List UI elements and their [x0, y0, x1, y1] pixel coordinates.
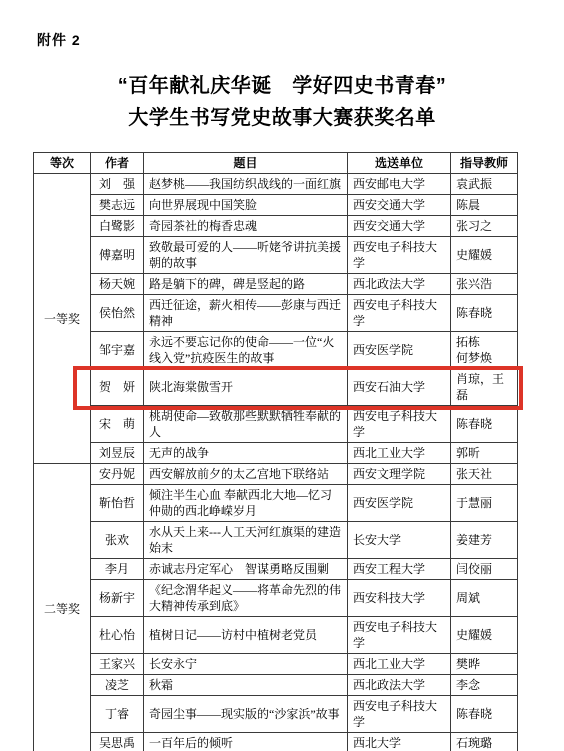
teacher-cell: 袁武振	[451, 174, 518, 195]
unit-cell: 西安工程大学	[348, 559, 451, 580]
author-cell: 宋 萌	[91, 406, 144, 443]
teacher-cell: 樊晔	[451, 654, 518, 675]
author-cell: 杨新宇	[91, 580, 144, 617]
teacher-cell: 陈春晓	[451, 696, 518, 733]
author-cell: 李月	[91, 559, 144, 580]
column-header: 指导教师	[451, 153, 518, 174]
author-cell: 刘昱辰	[91, 443, 144, 464]
column-header: 作者	[91, 153, 144, 174]
table-row: 宋 萌桃胡使命—致敬那些默默牺牲奉献的人西安电子科技大学陈春晓	[34, 406, 518, 443]
table-row: 二等奖安丹妮西安解放前夕的太乙宫地下联络站西安文理学院张天社	[34, 464, 518, 485]
title-cell: 倾注半生心血 奉献西北大地—忆习仲勋的西北峥嵘岁月	[144, 485, 348, 522]
title-cell: 桃胡使命—致敬那些默默牺牲奉献的人	[144, 406, 348, 443]
title-cell: 无声的战争	[144, 443, 348, 464]
table-row: 王家兴长安永宁西北工业大学樊晔	[34, 654, 518, 675]
title-line-2: 大学生书写党史故事大赛获奖名单	[0, 102, 564, 134]
unit-cell: 西北工业大学	[348, 654, 451, 675]
unit-cell: 西安交通大学	[348, 216, 451, 237]
title-cell: 秋霜	[144, 675, 348, 696]
teacher-cell: 陈春晓	[451, 295, 518, 332]
teacher-cell: 郭昕	[451, 443, 518, 464]
table-row: 刘昱辰无声的战争西北工业大学郭昕	[34, 443, 518, 464]
teacher-cell: 石琬璐	[451, 733, 518, 751]
table-row: 侯怡然西迁征途，薪火相传——彭康与西迁精神西安电子科技大学陈春晓	[34, 295, 518, 332]
table-row: 凌芝秋霜西北政法大学李念	[34, 675, 518, 696]
table-row: 一等奖刘 强赵梦桃——我国纺织战线的一面红旗西安邮电大学袁武振	[34, 174, 518, 195]
table-row: 贺 妍陕北海棠傲雪开西安石油大学肖琼，王磊	[34, 369, 518, 406]
author-cell: 吴思禹	[91, 733, 144, 751]
author-cell: 侯怡然	[91, 295, 144, 332]
unit-cell: 西北工业大学	[348, 443, 451, 464]
document-title: “百年献礼庆华诞 学好四史书青春” 大学生书写党史故事大赛获奖名单	[0, 70, 564, 134]
attachment-label: 附件 2	[37, 30, 81, 50]
unit-cell: 西安电子科技大学	[348, 617, 451, 654]
column-header: 题目	[144, 153, 348, 174]
teacher-cell: 陈晨	[451, 195, 518, 216]
author-cell: 杨天婉	[91, 274, 144, 295]
table-row: 杨天婉路是躺下的碑，碑是竖起的路西北政法大学张兴浩	[34, 274, 518, 295]
author-cell: 樊志远	[91, 195, 144, 216]
unit-cell: 西安电子科技大学	[348, 696, 451, 733]
title-cell: 永远不要忘记你的使命——一位“火线入党”抗疫医生的故事	[144, 332, 348, 369]
document-page: 附件 2 “百年献礼庆华诞 学好四史书青春” 大学生书写党史故事大赛获奖名单 等…	[0, 0, 564, 751]
title-line-1: “百年献礼庆华诞 学好四史书青春”	[0, 70, 564, 102]
table-row: 白鹭影奇园茶社的梅香忠魂西安交通大学张习之	[34, 216, 518, 237]
title-cell: 路是躺下的碑，碑是竖起的路	[144, 274, 348, 295]
table-row: 樊志远向世界展现中国笑脸西安交通大学陈晨	[34, 195, 518, 216]
teacher-cell: 于慧丽	[451, 485, 518, 522]
author-cell: 丁睿	[91, 696, 144, 733]
author-cell: 傅嘉明	[91, 237, 144, 274]
title-cell: 陕北海棠傲雪开	[144, 369, 348, 406]
unit-cell: 西安医学院	[348, 332, 451, 369]
title-cell: 一百年后的倾听	[144, 733, 348, 751]
unit-cell: 西北政法大学	[348, 675, 451, 696]
author-cell: 张欢	[91, 522, 144, 559]
title-cell: 赤诚志丹定军心 智谋勇略反围剿	[144, 559, 348, 580]
author-cell: 贺 妍	[91, 369, 144, 406]
teacher-cell: 周斌	[451, 580, 518, 617]
table-header-row: 等次作者题目选送单位指导教师	[34, 153, 518, 174]
table-row: 李月赤诚志丹定军心 智谋勇略反围剿西安工程大学闫佼丽	[34, 559, 518, 580]
table-row: 杨新宇《纪念渭华起义——将革命先烈的伟大精神传承到底》西安科技大学周斌	[34, 580, 518, 617]
title-cell: 植树日记——访村中植树老党员	[144, 617, 348, 654]
teacher-cell: 李念	[451, 675, 518, 696]
author-cell: 杜心怡	[91, 617, 144, 654]
title-cell: 西安解放前夕的太乙宫地下联络站	[144, 464, 348, 485]
teacher-cell: 史耀媛	[451, 617, 518, 654]
unit-cell: 西安医学院	[348, 485, 451, 522]
awards-table: 等次作者题目选送单位指导教师 一等奖刘 强赵梦桃——我国纺织战线的一面红旗西安邮…	[33, 152, 518, 751]
unit-cell: 西安电子科技大学	[348, 295, 451, 332]
title-cell: 奇园茶社的梅香忠魂	[144, 216, 348, 237]
unit-cell: 西北大学	[348, 733, 451, 751]
author-cell: 白鹭影	[91, 216, 144, 237]
teacher-cell: 张习之	[451, 216, 518, 237]
unit-cell: 西安电子科技大学	[348, 406, 451, 443]
table-row: 吴思禹一百年后的倾听西北大学石琬璐	[34, 733, 518, 751]
teacher-cell: 拓栋 何梦焕	[451, 332, 518, 369]
rank-cell: 一等奖	[34, 174, 91, 464]
unit-cell: 西北政法大学	[348, 274, 451, 295]
author-cell: 靳怡哲	[91, 485, 144, 522]
title-cell: 向世界展现中国笑脸	[144, 195, 348, 216]
table-row: 傅嘉明致敬最可爱的人——听姥爷讲抗美援朝的故事西安电子科技大学史耀媛	[34, 237, 518, 274]
author-cell: 王家兴	[91, 654, 144, 675]
teacher-cell: 肖琼，王磊	[451, 369, 518, 406]
table-row: 杜心怡植树日记——访村中植树老党员西安电子科技大学史耀媛	[34, 617, 518, 654]
unit-cell: 西安文理学院	[348, 464, 451, 485]
author-cell: 刘 强	[91, 174, 144, 195]
column-header: 选送单位	[348, 153, 451, 174]
author-cell: 安丹妮	[91, 464, 144, 485]
unit-cell: 西安石油大学	[348, 369, 451, 406]
title-cell: 《纪念渭华起义——将革命先烈的伟大精神传承到底》	[144, 580, 348, 617]
title-cell: 奇园尘事——现实版的“沙家浜”故事	[144, 696, 348, 733]
teacher-cell: 陈春晓	[451, 406, 518, 443]
rank-cell: 二等奖	[34, 464, 91, 751]
teacher-cell: 史耀媛	[451, 237, 518, 274]
title-cell: 赵梦桃——我国纺织战线的一面红旗	[144, 174, 348, 195]
table-row: 靳怡哲倾注半生心血 奉献西北大地—忆习仲勋的西北峥嵘岁月西安医学院于慧丽	[34, 485, 518, 522]
author-cell: 邹宇嘉	[91, 332, 144, 369]
title-cell: 长安永宁	[144, 654, 348, 675]
unit-cell: 西安邮电大学	[348, 174, 451, 195]
teacher-cell: 姜建芳	[451, 522, 518, 559]
unit-cell: 长安大学	[348, 522, 451, 559]
unit-cell: 西安交通大学	[348, 195, 451, 216]
unit-cell: 西安科技大学	[348, 580, 451, 617]
unit-cell: 西安电子科技大学	[348, 237, 451, 274]
table-row: 丁睿奇园尘事——现实版的“沙家浜”故事西安电子科技大学陈春晓	[34, 696, 518, 733]
title-cell: 水从天上来---人工天河红旗渠的建造始末	[144, 522, 348, 559]
title-cell: 西迁征途，薪火相传——彭康与西迁精神	[144, 295, 348, 332]
teacher-cell: 张兴浩	[451, 274, 518, 295]
column-header: 等次	[34, 153, 91, 174]
author-cell: 凌芝	[91, 675, 144, 696]
teacher-cell: 张天社	[451, 464, 518, 485]
table-row: 邹宇嘉永远不要忘记你的使命——一位“火线入党”抗疫医生的故事西安医学院拓栋 何梦…	[34, 332, 518, 369]
title-cell: 致敬最可爱的人——听姥爷讲抗美援朝的故事	[144, 237, 348, 274]
teacher-cell: 闫佼丽	[451, 559, 518, 580]
table-row: 张欢水从天上来---人工天河红旗渠的建造始末长安大学姜建芳	[34, 522, 518, 559]
